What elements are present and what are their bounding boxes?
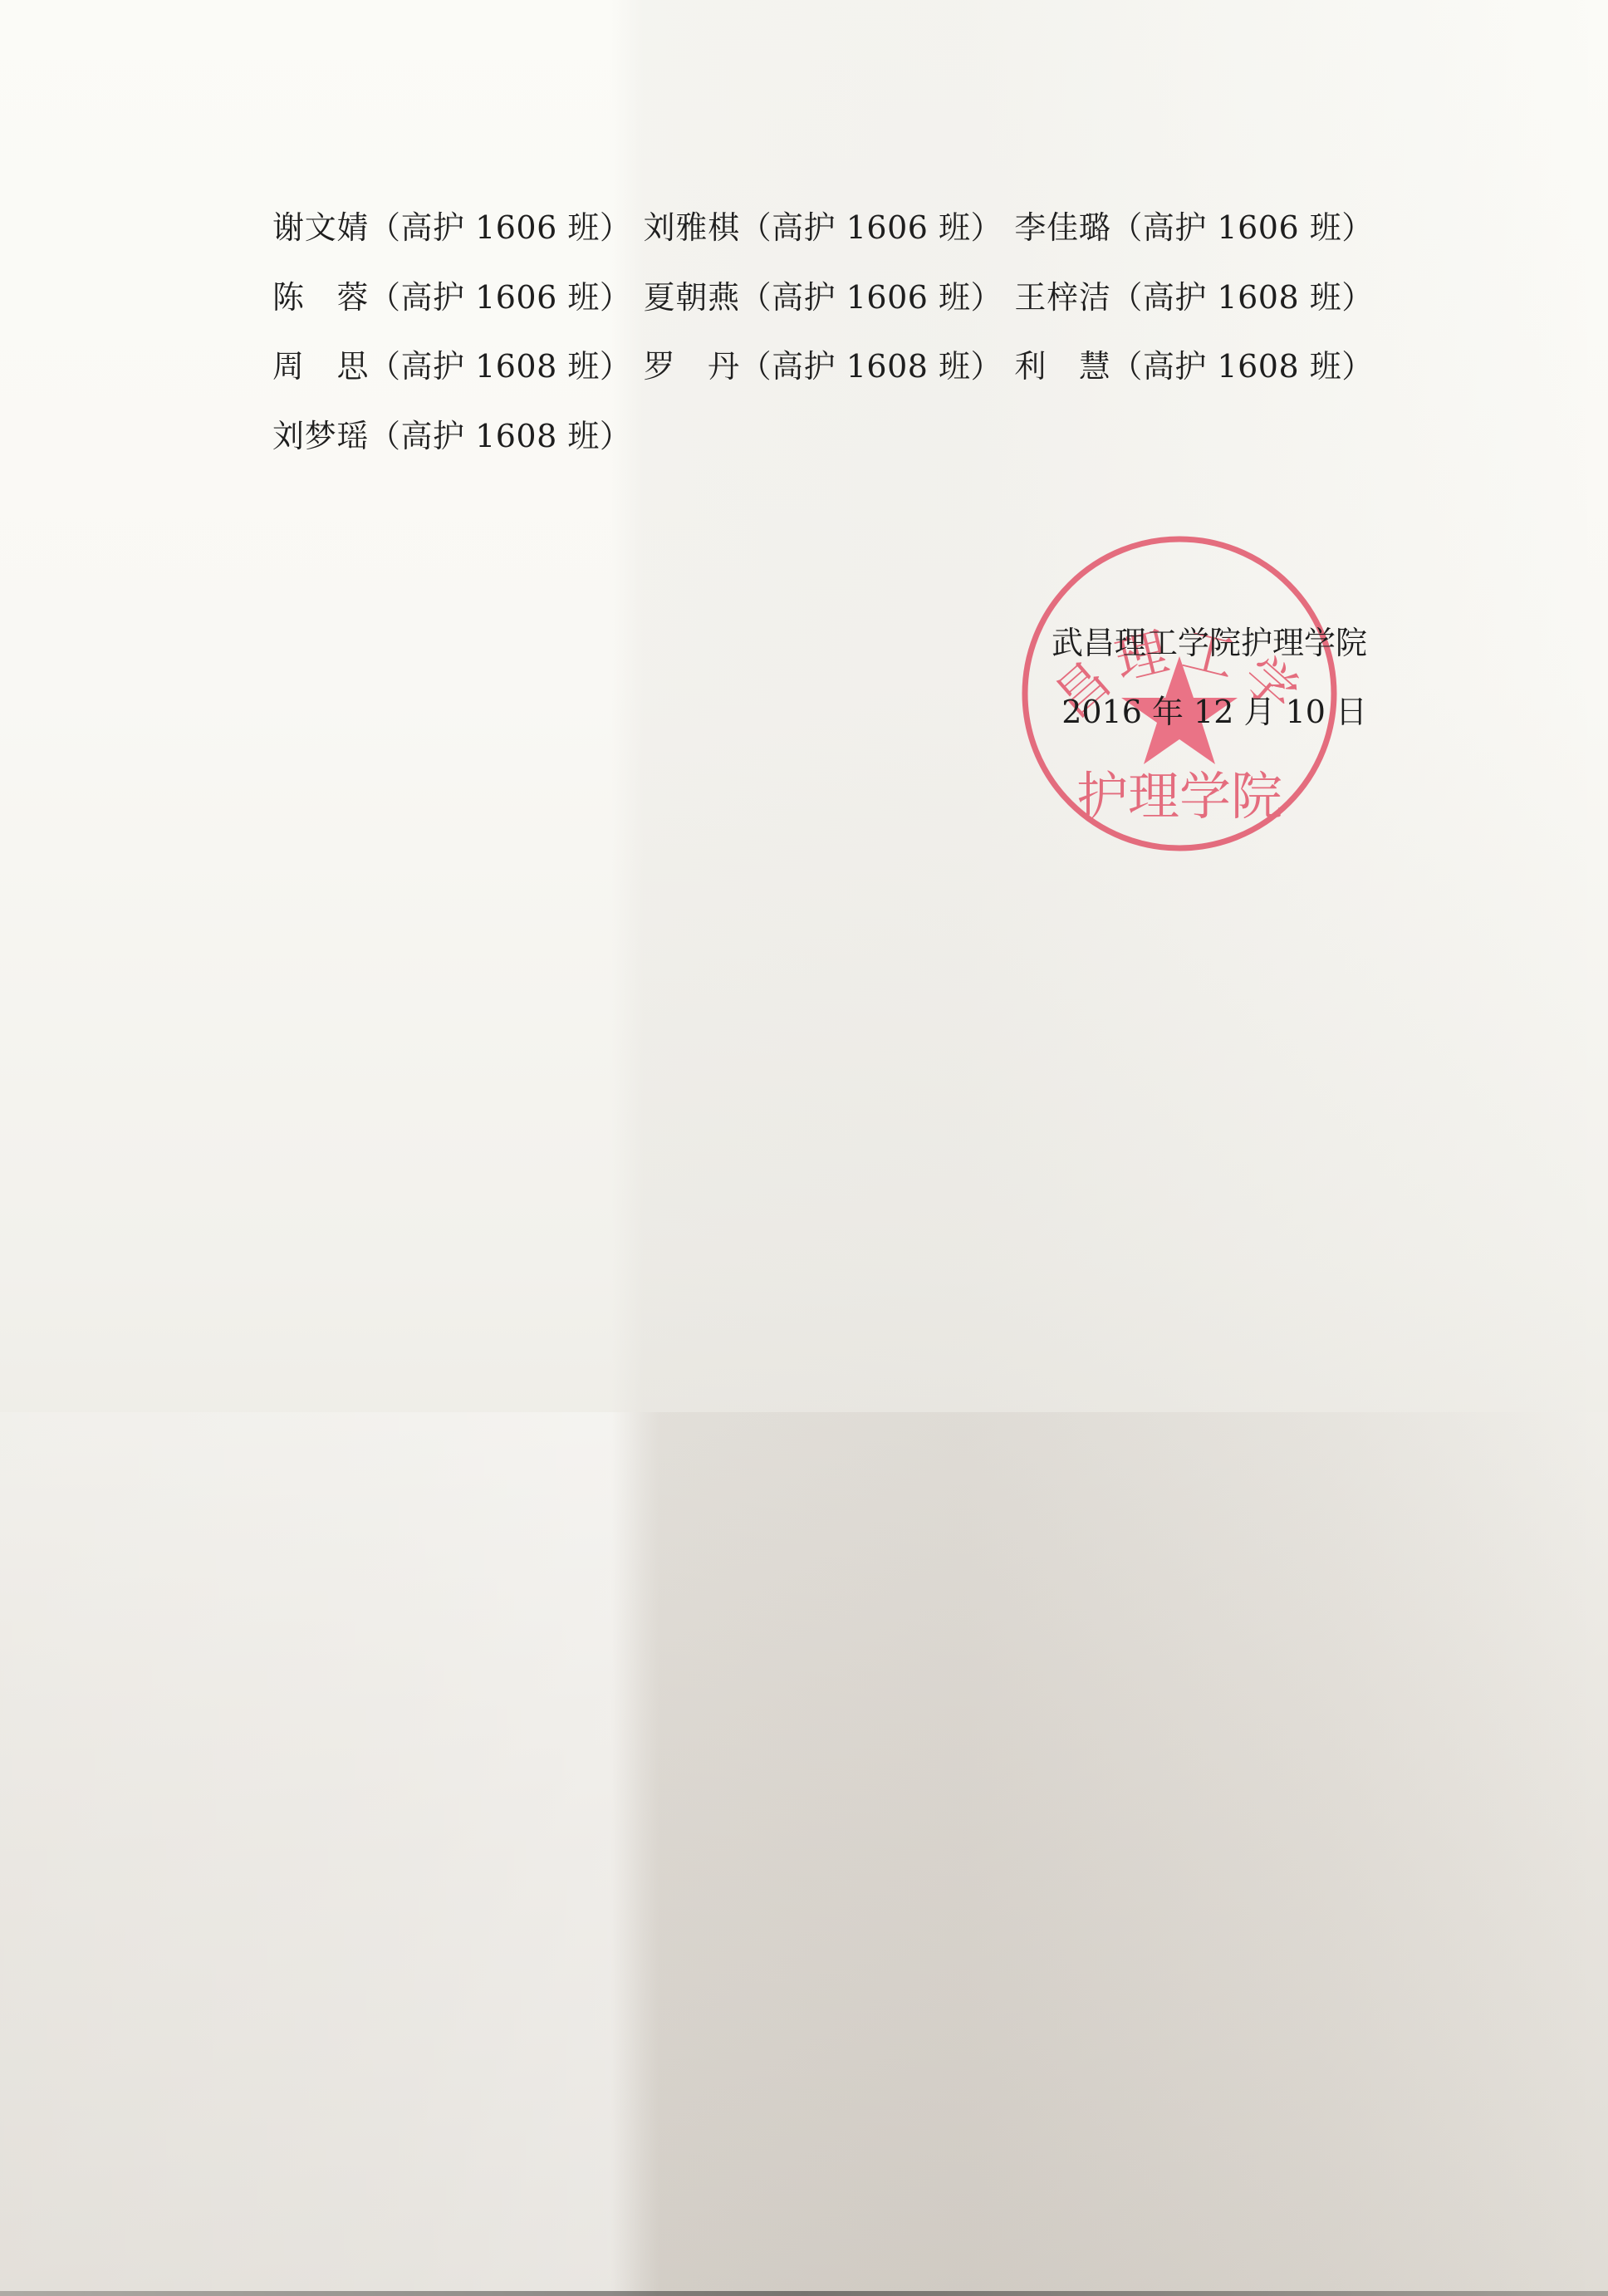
student-name-list: 谢文婧（高护 1606 班） 刘雅棋（高护 1606 班） 李佳璐（高护 160… xyxy=(272,209,1385,487)
list-item: 罗 丹（高护 1608 班） xyxy=(644,348,1015,385)
student-name: 陈 蓉 xyxy=(272,279,369,316)
name-row: 陈 蓉（高护 1606 班） 夏朝燕（高护 1606 班） 王梓洁（高护 160… xyxy=(272,279,1385,349)
seal-center-text: 护理学院 xyxy=(1076,766,1282,827)
name-row: 谢文婧（高护 1606 班） 刘雅棋（高护 1606 班） 李佳璐（高护 160… xyxy=(272,209,1385,279)
student-name: 李佳璐 xyxy=(1014,209,1110,246)
list-item: 刘梦瑶（高护 1608 班） xyxy=(272,418,659,454)
list-item: 谢文婧（高护 1606 班） xyxy=(272,209,644,246)
student-class: （高护 1606 班） xyxy=(369,279,631,316)
issue-date: 2016 年 12 月 10 日 xyxy=(1052,694,1367,730)
student-name: 刘梦瑶 xyxy=(272,418,369,454)
student-class: （高护 1606 班） xyxy=(740,279,1003,316)
student-name: 谢文婧 xyxy=(272,209,369,246)
list-item: 刘雅棋（高护 1606 班） xyxy=(644,209,1015,246)
student-class: （高护 1606 班） xyxy=(740,209,1003,246)
student-name: 夏朝燕 xyxy=(644,279,740,316)
student-class: （高护 1608 班） xyxy=(369,348,631,385)
list-item: 夏朝燕（高护 1606 班） xyxy=(644,279,1015,316)
list-item: 利 慧（高护 1608 班） xyxy=(1014,348,1385,385)
page-bottom-edge xyxy=(0,2291,1608,2296)
name-row: 刘梦瑶（高护 1608 班） xyxy=(272,418,1385,488)
student-class: （高护 1606 班） xyxy=(1110,209,1373,246)
student-name: 利 慧 xyxy=(1014,348,1110,385)
student-class: （高护 1608 班） xyxy=(1110,279,1373,316)
student-name: 王梓洁 xyxy=(1014,279,1110,316)
student-name: 周 思 xyxy=(272,348,369,385)
student-name: 罗 丹 xyxy=(644,348,740,385)
list-item: 李佳璐（高护 1606 班） xyxy=(1014,209,1385,246)
student-class: （高护 1606 班） xyxy=(369,209,631,246)
name-row: 周 思（高护 1608 班） 罗 丹（高护 1608 班） 利 慧（高护 160… xyxy=(272,348,1385,418)
student-class: （高护 1608 班） xyxy=(369,418,631,454)
student-class: （高护 1608 班） xyxy=(740,348,1003,385)
issuing-organization: 武昌理工学院护理学院 xyxy=(1052,625,1367,694)
list-item: 周 思（高护 1608 班） xyxy=(272,348,644,385)
list-item: 陈 蓉（高护 1606 班） xyxy=(272,279,644,316)
student-class: （高护 1608 班） xyxy=(1110,348,1373,385)
signature-block: 武昌理工学院护理学院 2016 年 12 月 10 日 xyxy=(1052,625,1367,730)
student-name: 刘雅棋 xyxy=(644,209,740,246)
list-item: 王梓洁（高护 1608 班） xyxy=(1014,279,1385,316)
